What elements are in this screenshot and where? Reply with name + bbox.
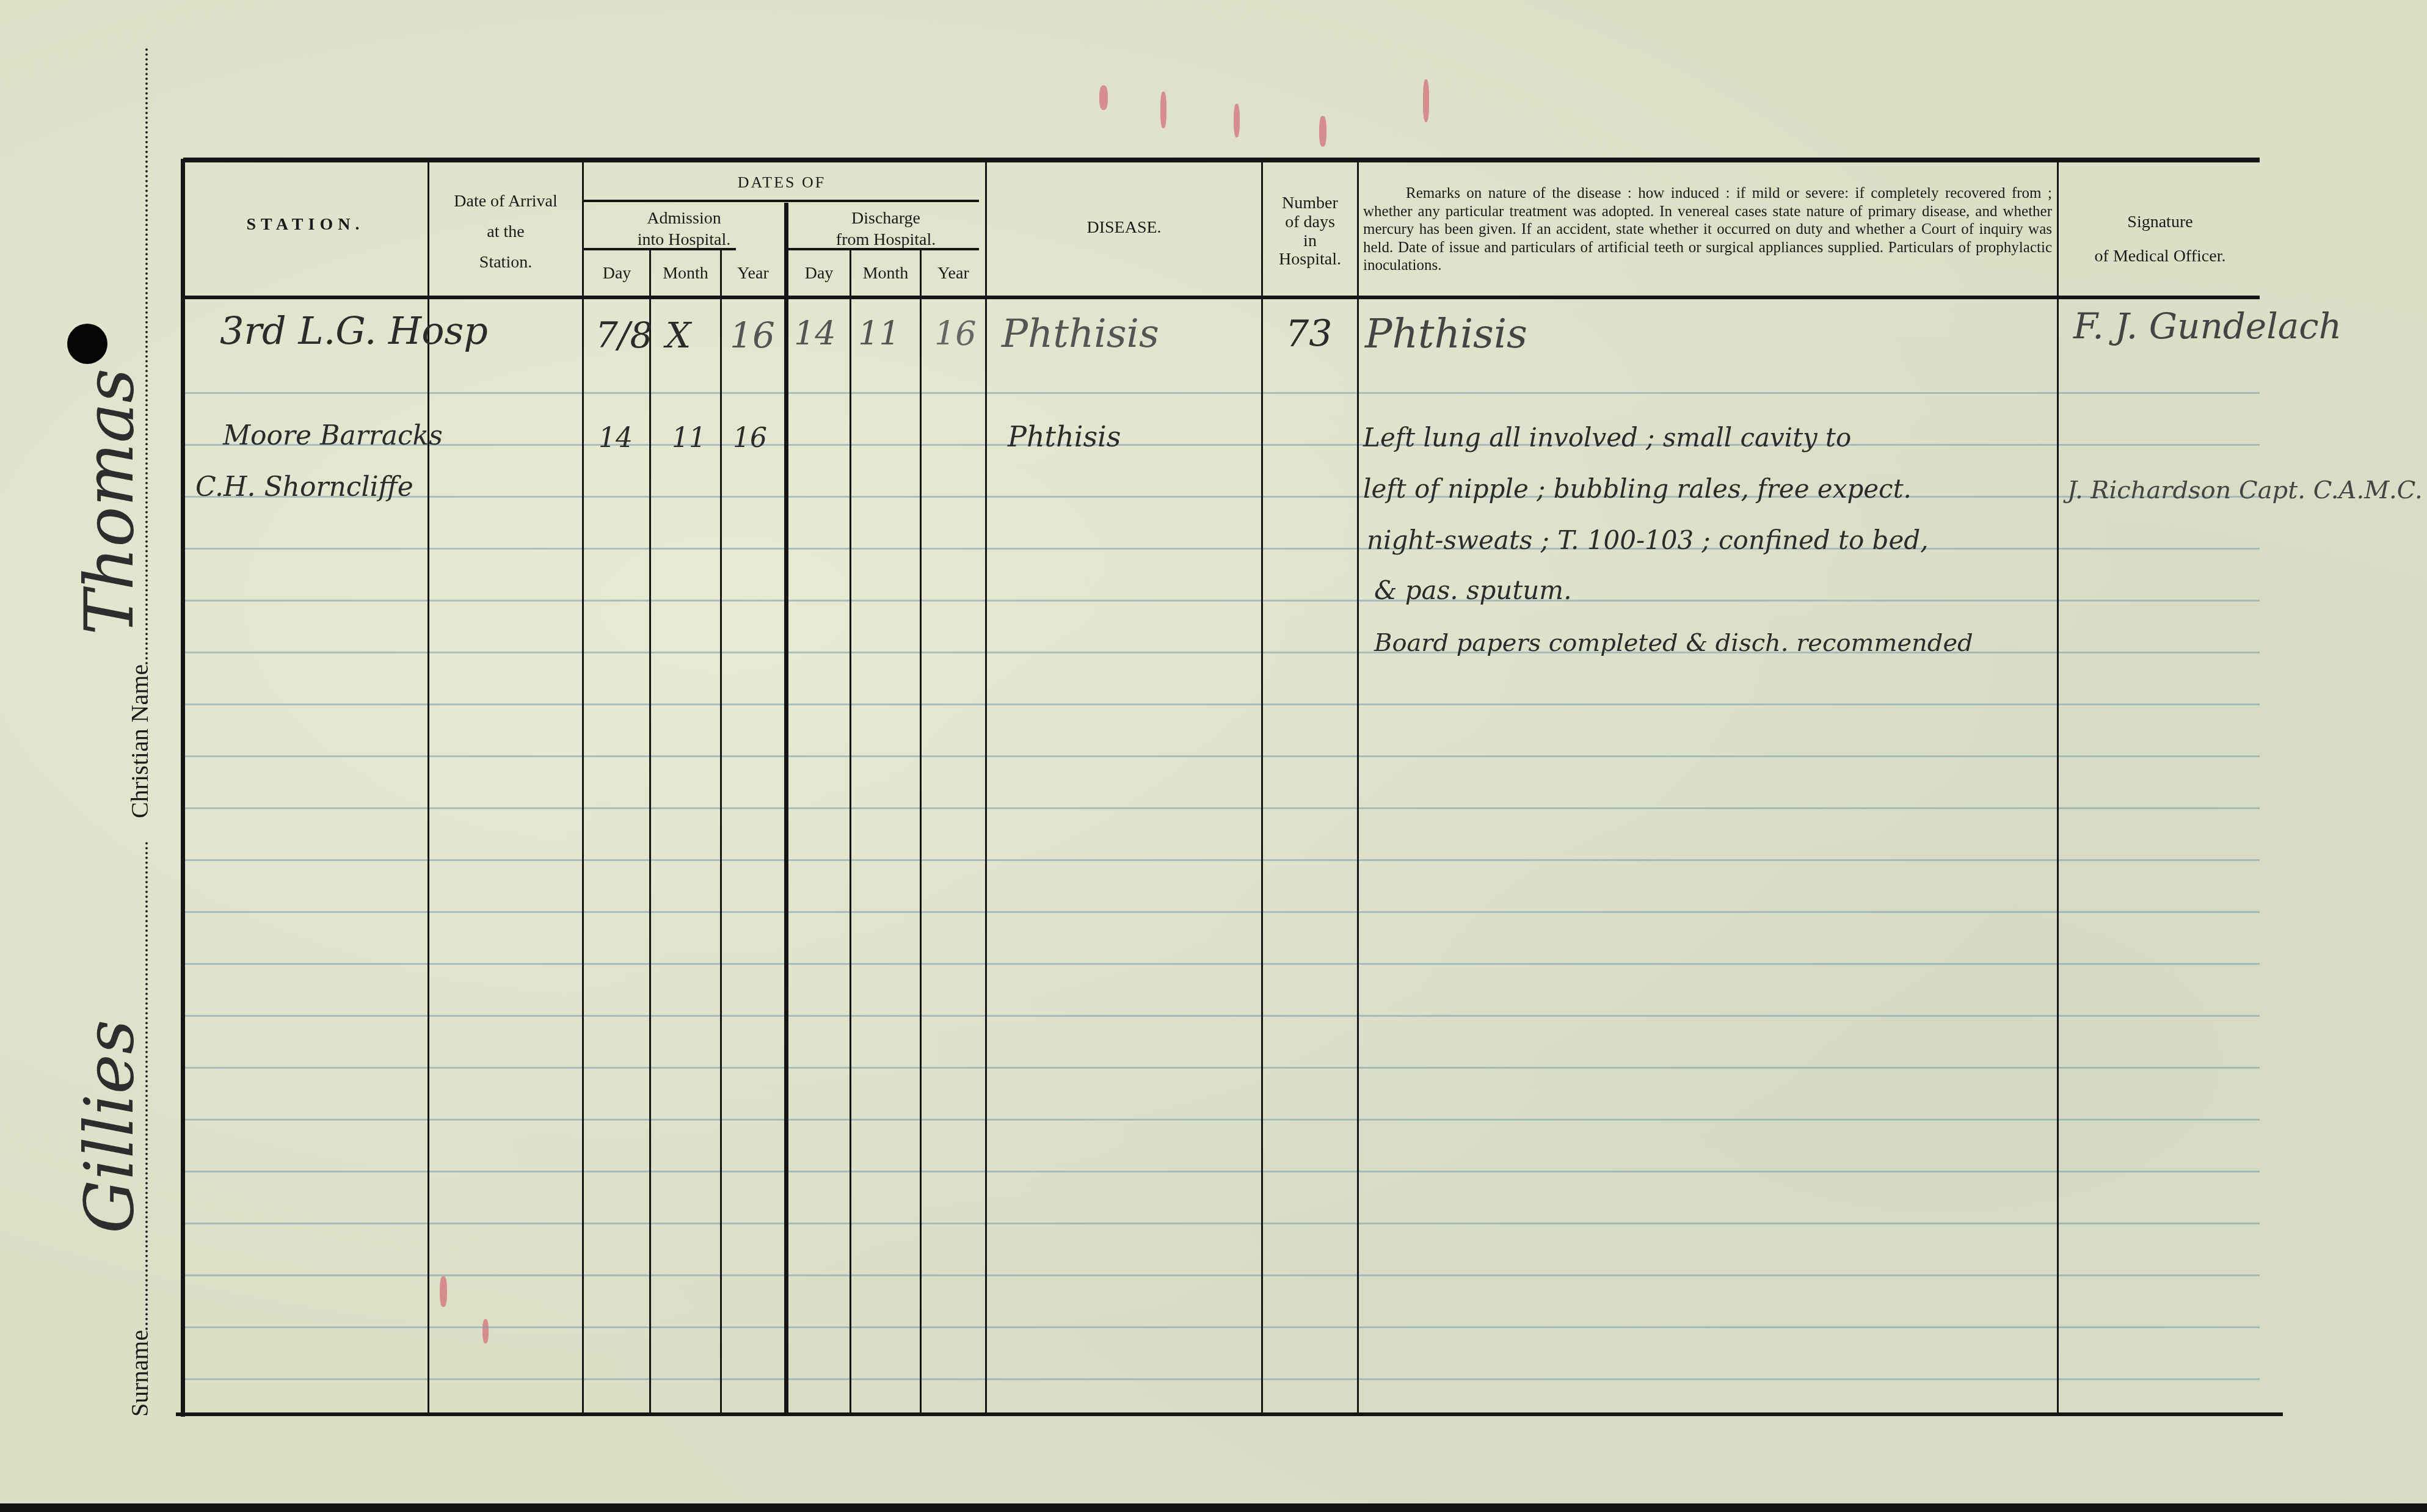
row1-signature: F. J. Gundelach [2073, 305, 2341, 347]
christian-name-value: Thomas [70, 368, 148, 635]
discharge-header-line: Discharge [787, 208, 985, 229]
discharge-header: Discharge from Hospital. [787, 208, 985, 250]
arrival-header-line: Date of Arrival [429, 186, 582, 217]
disease-header: DISEASE. [987, 217, 1261, 238]
row2-signature: J. Richardson Capt. C.A.M.C. [2067, 476, 2423, 504]
row2-disease: Phthisis [1008, 420, 1121, 453]
signature-header: Signature of Medical Officer. [2059, 205, 2261, 274]
arrival-header-line: Station. [429, 247, 582, 278]
ruled-lines [183, 342, 2260, 1411]
days-header-line: Hospital. [1263, 250, 1357, 269]
adm-month-header: Month [651, 263, 720, 284]
row2-remarks-line3: night-sweats ; T. 100-103 ; confined to … [1367, 525, 1929, 555]
adm-year-header: Year [722, 263, 784, 284]
row2-remarks-line4: & pas. sputum. [1374, 575, 1572, 605]
row1-dis-month: 11 [858, 314, 900, 353]
surname-field: Surname Gillies [125, 841, 154, 1417]
header-top-rule [183, 158, 2260, 162]
red-ink-mark [1160, 92, 1166, 128]
col-divider [1261, 162, 1263, 1414]
christian-name-label: Christian Name [126, 664, 153, 818]
adm-day-header: Day [583, 263, 650, 284]
christian-name-field: Christian Name Thomas [125, 48, 154, 818]
row2-station-line2: C.H. Shorncliffe [195, 471, 413, 503]
col-divider-thick [784, 203, 788, 1415]
red-ink-mark [1423, 79, 1429, 122]
dis-year-header: Year [922, 263, 985, 284]
header-bottom-rule [183, 296, 2260, 299]
row1-adm-month: X [666, 314, 691, 356]
row1-adm-year: 16 [730, 314, 775, 356]
row2-remarks-line1: Left lung all involved ; small cavity to [1363, 423, 1851, 453]
arrival-header-line: at the [429, 217, 582, 247]
admission-header-line: into Hospital. [583, 229, 785, 250]
col-divider [1357, 162, 1359, 1414]
station-header: STATION. [183, 214, 428, 235]
signature-header-line: Signature [2059, 205, 2261, 239]
admission-header: Admission into Hospital. [583, 208, 785, 250]
signature-header-line: of Medical Officer. [2059, 239, 2261, 274]
row1-dis-year: 16 [934, 314, 977, 353]
surname-label: Surname [126, 1330, 153, 1417]
table-left-border [181, 159, 185, 1417]
row2-station-line1: Moore Barracks [223, 420, 443, 451]
col-divider [850, 250, 851, 1414]
row2-remarks-line2: left of nipple ; bubbling rales, free ex… [1363, 474, 1912, 504]
row2-remarks-line5: Board papers completed & disch. recommen… [1374, 629, 1973, 657]
remarks-header: Remarks on nature of the disease : how i… [1363, 184, 2052, 275]
red-ink-mark [1099, 85, 1108, 110]
admission-header-line: Admission [583, 208, 785, 229]
dis-day-header: Day [788, 263, 850, 284]
days-header-line: of days [1263, 213, 1357, 232]
col-divider [2057, 162, 2059, 1414]
days-header-line: Number [1263, 194, 1357, 213]
row1-days: 73 [1286, 313, 1332, 355]
dis-month-header: Month [851, 263, 920, 284]
table-bottom-rule [176, 1412, 2283, 1416]
col-divider [985, 162, 987, 1414]
col-divider [649, 250, 651, 1414]
row1-remarks: Phthisis [1365, 310, 1527, 357]
row1-dis-day: 14 [794, 314, 836, 353]
row1-station: 3rd L.G. Hosp [220, 308, 488, 353]
row1-adm-day: 7/8 [595, 314, 652, 356]
paper-edge [0, 1503, 2427, 1512]
surname-value: Gillies [70, 1020, 148, 1234]
row1-disease: Phthisis [1002, 311, 1159, 357]
row2-adm-day: 14 [599, 423, 633, 454]
arrival-header: Date of Arrival at the Station. [429, 186, 582, 278]
red-ink-mark [1319, 116, 1326, 147]
dates-of-rule [583, 200, 979, 202]
dates-of-header: DATES OF [583, 173, 980, 193]
col-divider [720, 250, 722, 1414]
punch-hole [67, 324, 107, 364]
col-divider [582, 162, 584, 1414]
col-divider [920, 250, 922, 1414]
red-ink-mark [1234, 104, 1240, 137]
row2-adm-year: 16 [733, 423, 767, 454]
row2-adm-month: 11 [672, 423, 706, 454]
discharge-header-line: from Hospital. [787, 229, 985, 250]
days-header: Number of days in Hospital. [1263, 194, 1357, 269]
days-header-line: in [1263, 232, 1357, 251]
